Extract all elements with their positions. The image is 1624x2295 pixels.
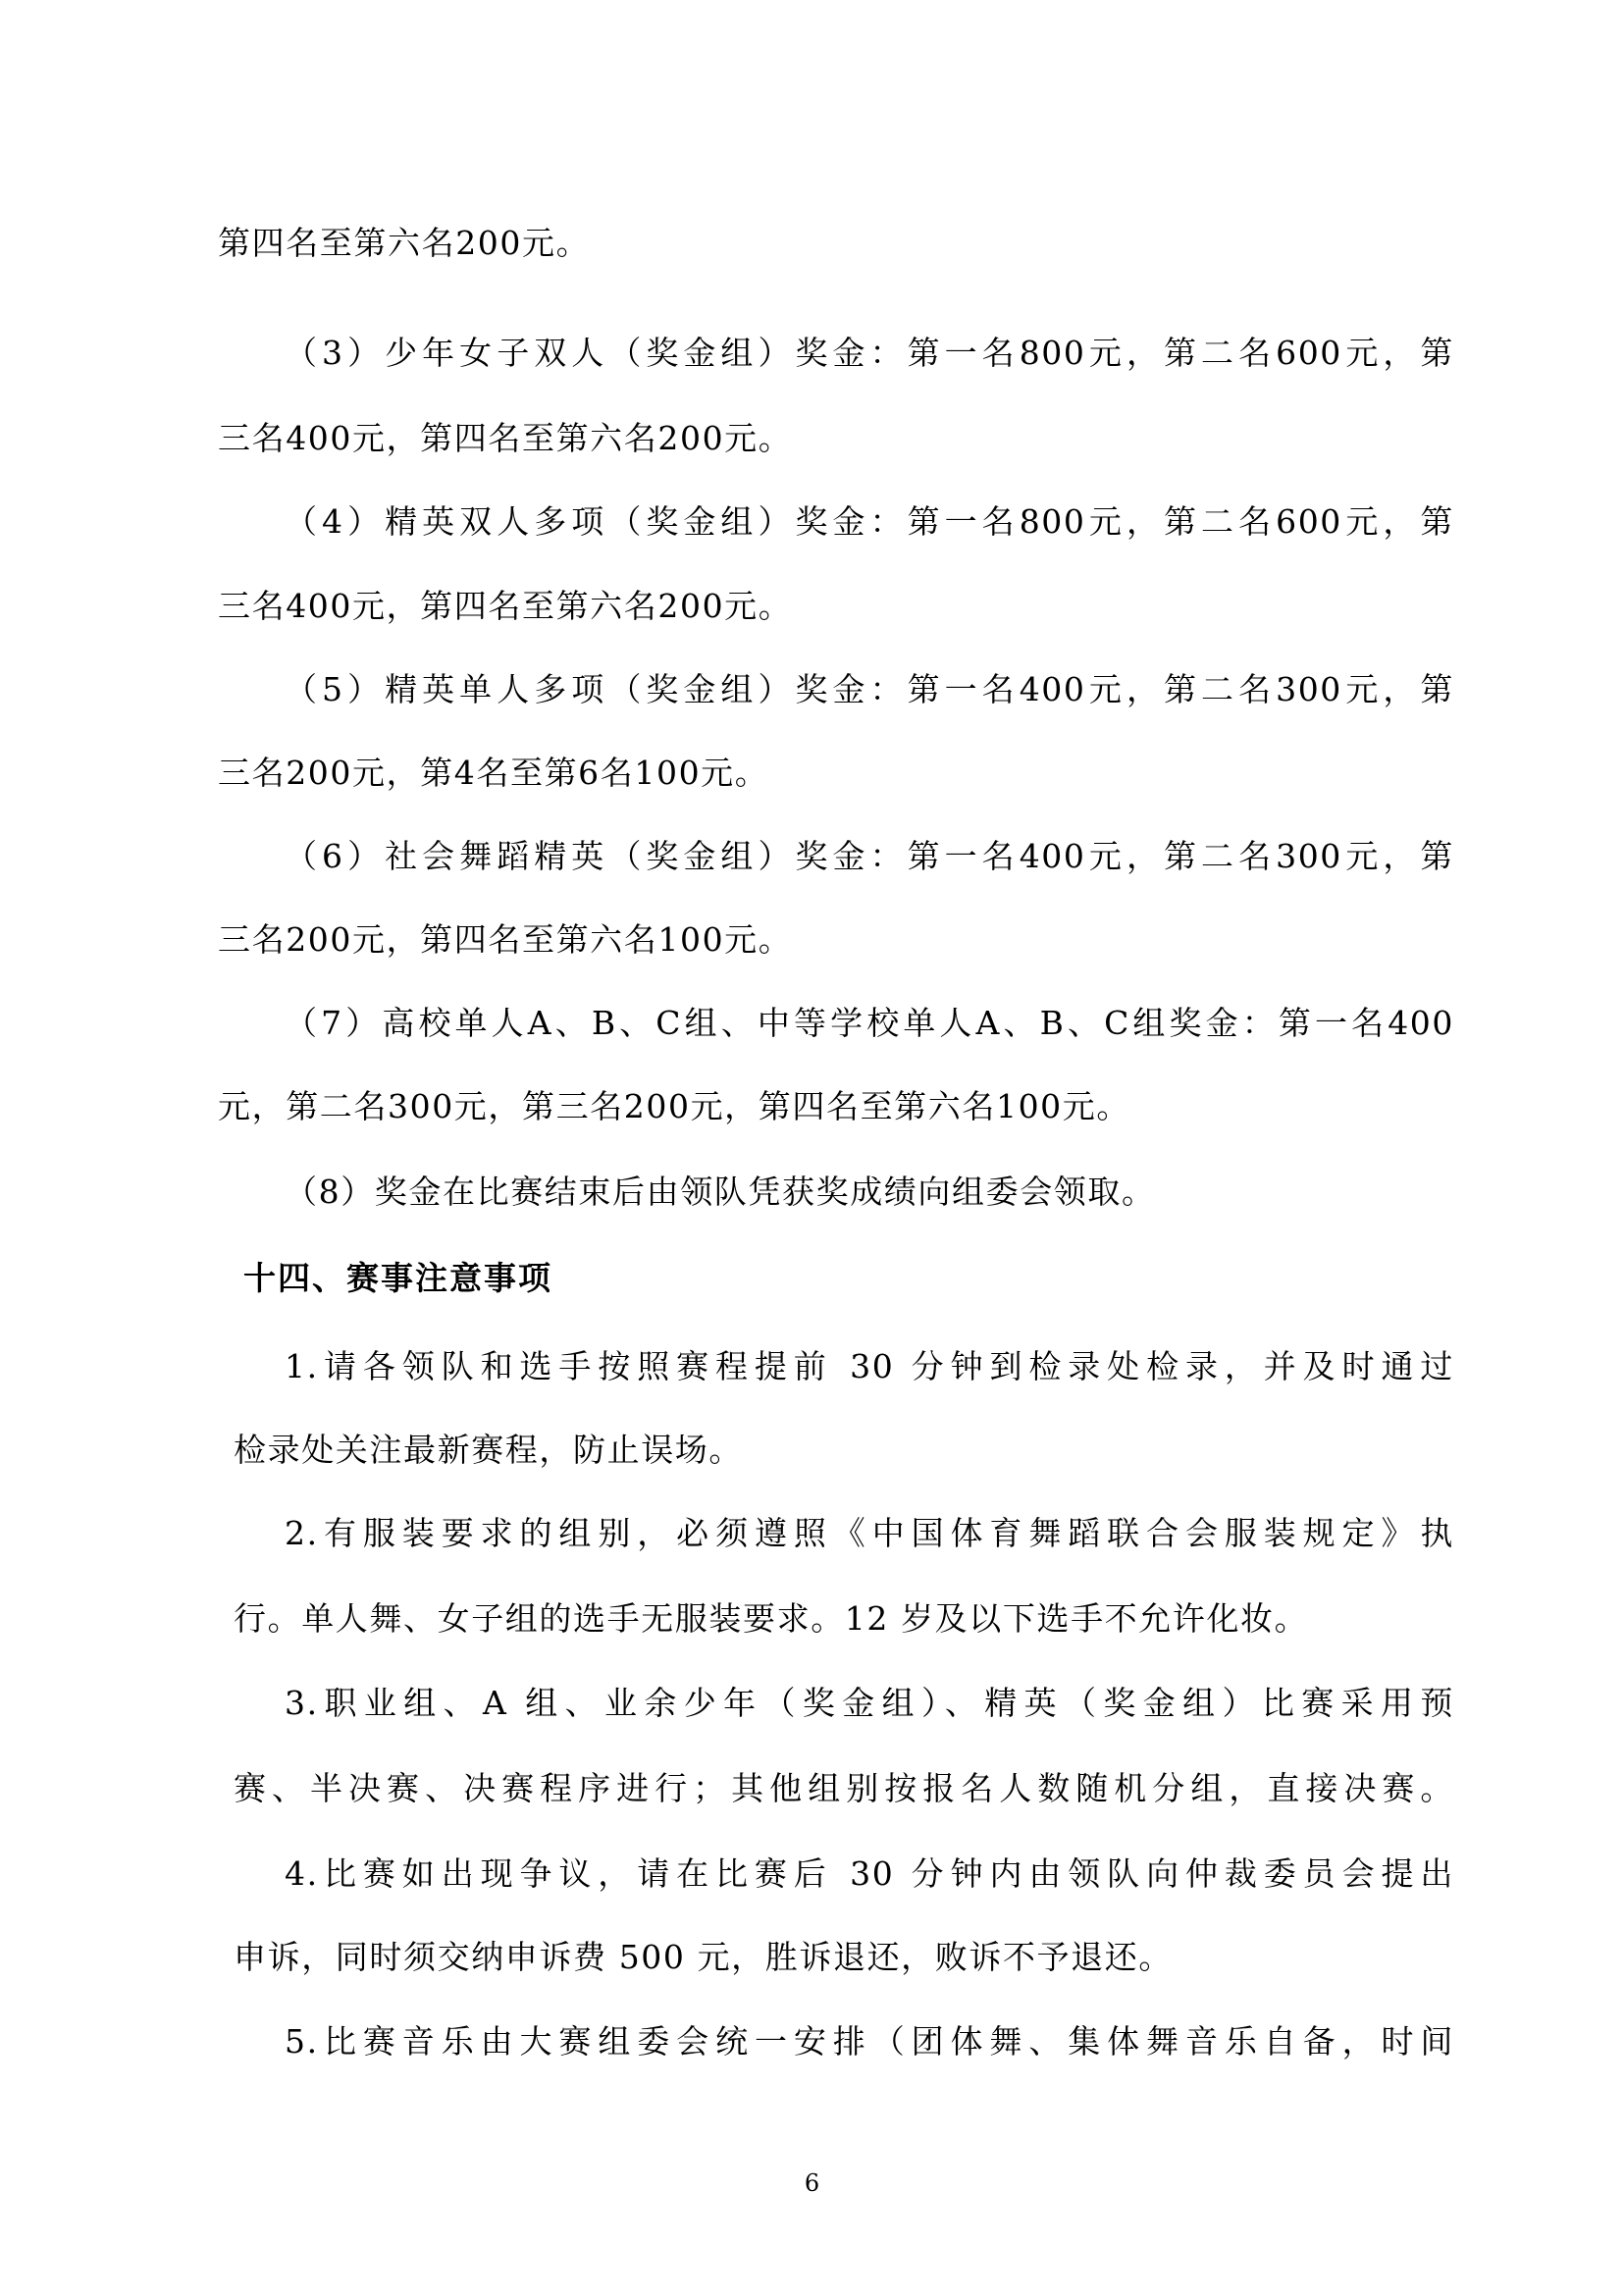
prize-item-5-line-1: （5）精英单人多项（奖金组）奖金：第一名400元，第二名300元，第 — [285, 670, 1454, 709]
prize-item-3-line-2: 三名400元，第四名至第六名200元。 — [218, 419, 1454, 458]
prize-item-7-line-1: （7）高校单人A、B、C组、中等学校单人A、B、C组奖金：第一名400 — [285, 1004, 1454, 1043]
section-heading: 十四、赛事注意事项 — [243, 1259, 552, 1298]
prize-item-8: （8）奖金在比赛结束后由领队凭获奖成绩向组委会领取。 — [285, 1173, 1454, 1212]
prize-item-4-line-2: 三名400元，第四名至第六名200元。 — [218, 587, 1454, 626]
note-3-line-2: 赛、半决赛、决赛程序进行；其他组别按报名人数随机分组，直接决赛。 — [234, 1769, 1454, 1808]
note-1-line-2: 检录处关注最新赛程，防止误场。 — [234, 1431, 1470, 1470]
note-2-line-2: 行。单人舞、女子组的选手无服装要求。12 岁及以下选手不允许化妆。 — [234, 1599, 1470, 1639]
note-1-line-1: 1.请各领队和选手按照赛程提前 30 分钟到检录处检录，并及时通过 — [285, 1347, 1454, 1386]
prize-item-6-line-1: （6）社会舞蹈精英（奖金组）奖金：第一名400元，第二名300元，第 — [285, 837, 1454, 876]
prize-item-3-line-1: （3）少年女子双人（奖金组）奖金：第一名800元，第二名600元，第 — [285, 334, 1454, 373]
note-5-line-1: 5.比赛音乐由大赛组委会统一安排（团体舞、集体舞音乐自备，时间 — [285, 2022, 1454, 2061]
prize-item-5-line-2: 三名200元，第4名至第6名100元。 — [218, 754, 1454, 793]
prize-item-7-line-2: 元，第二名300元，第三名200元，第四名至第六名100元。 — [218, 1087, 1454, 1126]
prize-item-6-line-2: 三名200元，第四名至第六名100元。 — [218, 920, 1454, 960]
document-page: 第四名至第六名200元。 （3）少年女子双人（奖金组）奖金：第一名800元，第二… — [0, 0, 1624, 2295]
prize-item-4-line-1: （4）精英双人多项（奖金组）奖金：第一名800元，第二名600元，第 — [285, 502, 1454, 542]
page-number: 6 — [0, 2168, 1624, 2198]
prize-item-2-continuation: 第四名至第六名200元。 — [218, 224, 1454, 263]
note-2-line-1: 2.有服装要求的组别，必须遵照《中国体育舞蹈联合会服装规定》执 — [285, 1514, 1454, 1553]
note-4-line-2: 申诉，同时须交纳申诉费 500 元，胜诉退还，败诉不予退还。 — [234, 1938, 1470, 1977]
note-3-line-1: 3.职业组、A 组、业余少年（奖金组）、精英（奖金组）比赛采用预 — [285, 1684, 1454, 1723]
note-4-line-1: 4.比赛如出现争议，请在比赛后 30 分钟内由领队向仲裁委员会提出 — [285, 1854, 1454, 1894]
